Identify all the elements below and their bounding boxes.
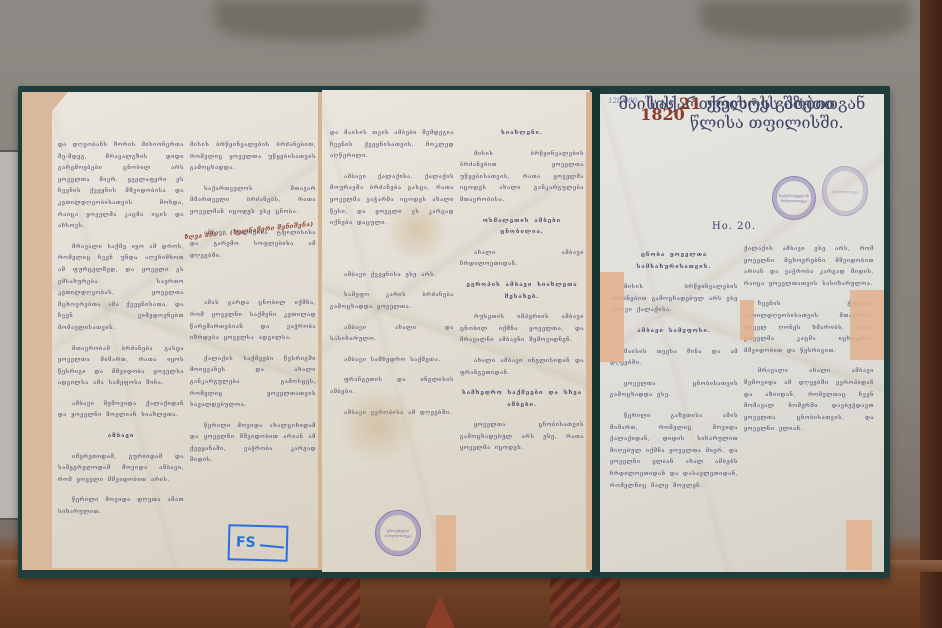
- paragraph: ყოველთა ცნობისათვის გამოცხადდა ესე.: [610, 379, 738, 402]
- paragraph: ყოველთა ცნობისათვის გამოცხადებულ არს ესე…: [460, 420, 584, 455]
- repair-tape: [436, 515, 456, 571]
- paragraph: ამბავი სამხედრო საქმეთა.: [330, 355, 454, 367]
- paragraph: ამას გარდა ცნობილ იქმნა, რომ ყოველნი საქ…: [190, 298, 316, 344]
- paragraph: ამბავი ქვეყნისა ესე არს.: [330, 270, 454, 282]
- display-case-panel: [0, 150, 20, 520]
- section-heading: ამბავი: [58, 431, 184, 443]
- water-stain: [332, 390, 422, 460]
- fs-stamp-label: FS: [236, 534, 256, 551]
- newspaper-page-1: და დღეობანს შორის მისიონერთა შე-მდეგ, მრ…: [52, 92, 320, 568]
- dateline-suffix: წლისა თფილისში.: [690, 113, 844, 132]
- repair-tape: [740, 300, 754, 340]
- paragraph: მისის ბრწყინვალების ბრძანებით, რომელიც ყ…: [190, 140, 316, 175]
- seal-text: საქართველოს ბიბლიოთეკა: [773, 193, 815, 203]
- newspaper-page-2: და მაისის თვის ამბები შემდეგია ჩვენის ქვ…: [322, 90, 590, 572]
- page-1-column-right: მისის ბრწყინვალების ბრძანებით, რომელიც ყ…: [190, 140, 316, 476]
- paragraph: ქალაქის საქმეები წესრიგში მოიყვანეს და ა…: [190, 354, 316, 412]
- page-2-column-left: და მაისის თვის ამბები შემდეგია ჩვენის ქვ…: [330, 128, 454, 428]
- paragraph: წერილი გაზეთისა ამის მიმართ, რომელიც მოვ…: [610, 411, 738, 492]
- cabinet-post: [920, 0, 942, 628]
- paragraph: და დღეობანს შორის მისიონერთა შე-მდეგ, მრ…: [58, 140, 184, 233]
- paragraph: იმერეთიდამ, გურიიდამ და სამეგრელოდამ მოვ…: [58, 452, 184, 487]
- dateline-year: 1820: [640, 105, 685, 124]
- wall-shadow-right: [700, 0, 910, 40]
- stand-leg-right: [550, 572, 620, 628]
- paragraph: მრავალი ახალი ამბავი შემოვიდა ამ დღეებში…: [744, 366, 874, 436]
- paragraph: ახალი ამბავი ჩრდილოეთიდან.: [460, 248, 584, 271]
- front-page-column-left: ცნობა ყოველთა სამსახურისათვის. მისის ბრწ…: [610, 244, 738, 501]
- paragraph: ამბავი ახალი და სასიხარულო.: [330, 323, 454, 346]
- repair-tape: [846, 520, 872, 570]
- issue-number: Но. 20.: [712, 221, 756, 232]
- paragraph: ამბავი შემოვიდა ქალაქიდან და ყოველნი მოე…: [58, 399, 184, 422]
- paragraph: მისის ბრწყინვალების ბრძანებით ყოველთა უწ…: [460, 149, 584, 207]
- page-fold-strip: [586, 92, 592, 570]
- library-seal-icon: საქართველოს ბიბლიოთეკა: [772, 176, 816, 220]
- wall-shadow-left: [215, 0, 425, 40]
- fs-stamp-dash: [260, 544, 284, 548]
- seal-text: ეროვნული ბიბლიოთეკა: [376, 528, 420, 538]
- section-heading: ოსმალეთის ამბები ცნობილია.: [460, 216, 584, 239]
- library-seal-icon: ეროვნული ბიბლიოთეკა: [375, 510, 421, 556]
- paragraph: მისის ბრწყინვალების ბრძანებით გამოცხადებ…: [610, 282, 738, 317]
- dateline-middle: ქრისტეს შობითგან: [706, 94, 865, 113]
- paragraph: რუსეთის იმპერიის ამბავი ცნობილ იქმნა ყოვ…: [460, 312, 584, 347]
- section-heading: ამბავი სამეფოსი.: [610, 326, 738, 338]
- paragraph: მთავრობამ ბრძანება გასცა ყოველთა მიმართ,…: [58, 344, 184, 390]
- water-stain: [382, 200, 452, 260]
- seal-text: ბიბლიოთეკა: [832, 189, 859, 194]
- library-seal-icon: ბიბლიოთეკა: [822, 166, 868, 216]
- paragraph: ქალაქის ამბავი ესე არს, რომ ყოველნი მცხო…: [744, 244, 874, 290]
- paragraph: საქართველოს მთავარ მმართველი ბრძანებს, რ…: [190, 184, 316, 219]
- paragraph: წერილი მოვიდა დღეთა ამათ სიხარულით.: [58, 495, 184, 518]
- page-1-column-left: და დღეობანს შორის მისიონერთა შე-მდეგ, მრ…: [58, 140, 184, 528]
- section-heading: სამხედრო საქმეები და სხვა ამბები.: [460, 388, 584, 411]
- section-heading: ცნობა ყოველთა სამსახურისათვის.: [610, 250, 738, 273]
- fs-stamp: FS: [228, 524, 289, 562]
- section-heading: სიახლენი.: [460, 128, 584, 140]
- repair-tape: [600, 272, 624, 362]
- paragraph: სამეფო კარის ბრძანება გამოცხადდა ყოველთა…: [330, 290, 454, 313]
- stand-leg-left: [290, 572, 360, 628]
- paragraph: წერილი მოვიდა ახალციხიდამ და ყოველნი მშვ…: [190, 421, 316, 467]
- paragraph: ახალი ამბავი ინგლისიდან და ფრანგეთიდან.: [460, 356, 584, 379]
- section-heading: ევროპის ამბავი სიახლეთა შესახებ.: [460, 280, 584, 303]
- display-shelf: [0, 570, 920, 628]
- masthead-dateline: მაისის 21 ქრისტეს შობითგან 1820 წლისა თფ…: [600, 94, 884, 132]
- binder-spine: [592, 88, 600, 576]
- page-2-column-right: სიახლენი. მისის ბრწყინვალების ბრძანებით …: [460, 128, 584, 464]
- paragraph: მაისის თვესა შინა და ამ დღეებში.: [610, 347, 738, 370]
- paragraph: მრავალი საქმე იყო ამ დროს, რომელიც ჩვენ …: [58, 242, 184, 335]
- paragraph: და მაისის თვის ამბები შემდეგია ჩვენის ქვ…: [330, 128, 454, 163]
- repair-tape: [850, 290, 884, 360]
